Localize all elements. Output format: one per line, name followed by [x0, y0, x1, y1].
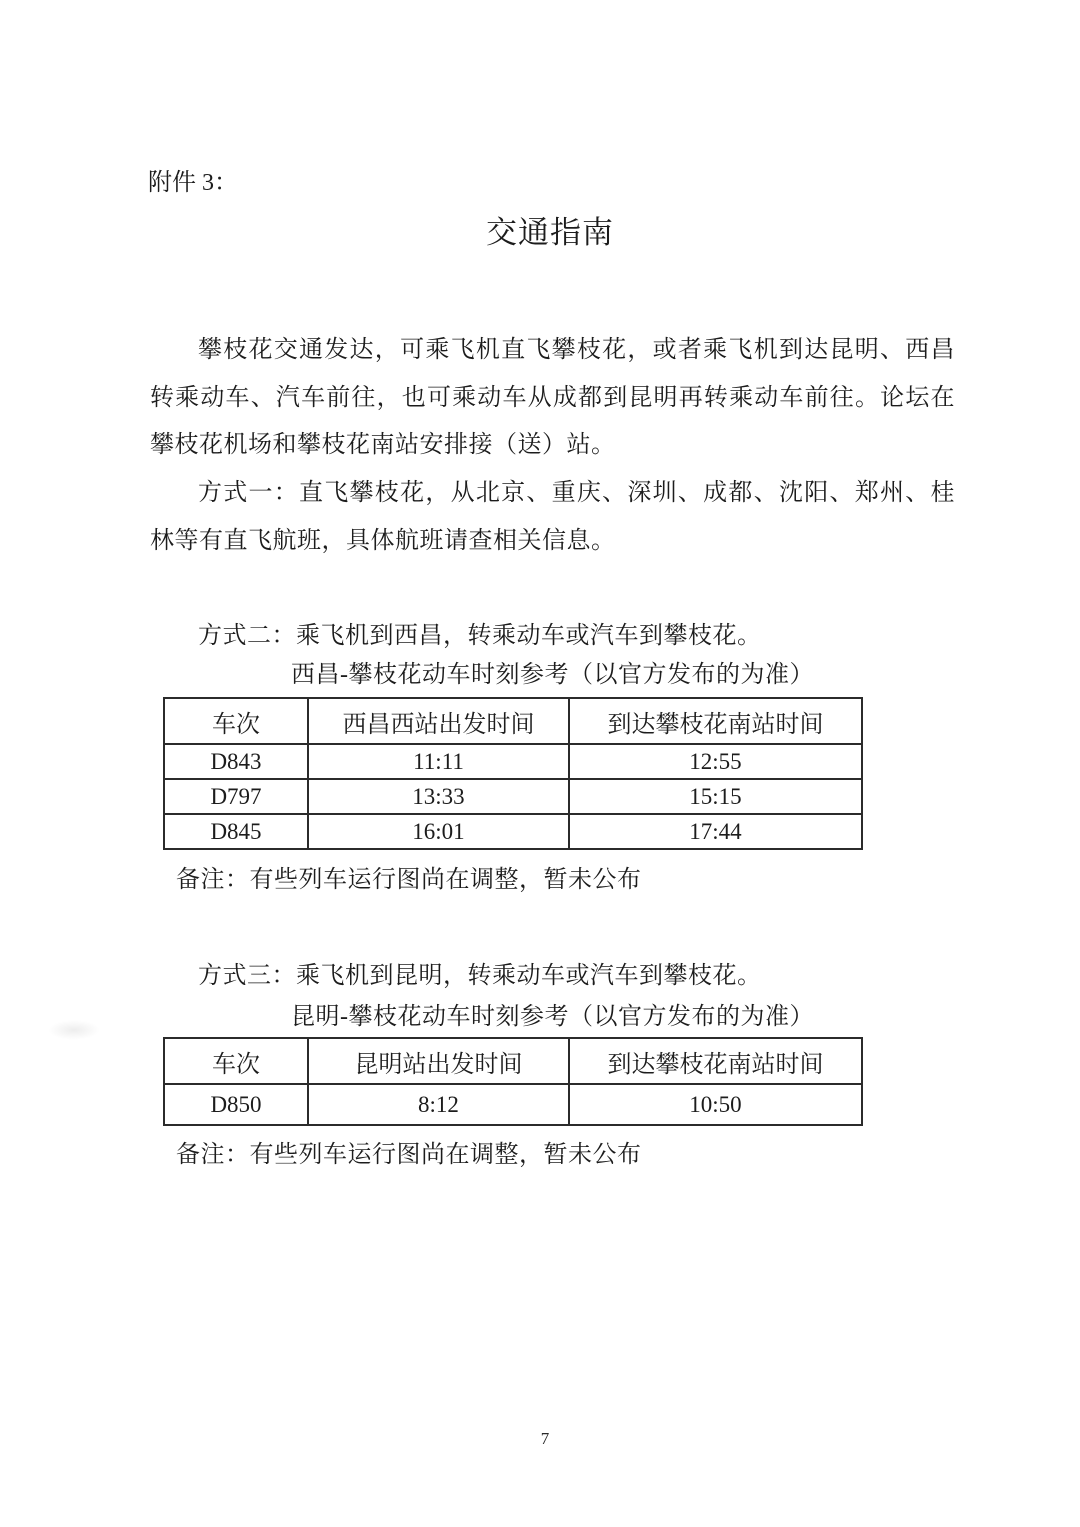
departure-time-cell: 13:33 [308, 779, 569, 814]
departure-time-cell: 11:11 [308, 744, 569, 779]
table-header-row: 车次 昆明站出发时间 到达攀枝花南站时间 [164, 1038, 862, 1084]
column-header-departure: 西昌西站出发时间 [308, 698, 569, 744]
xichang-table-note: 备注：有些列车运行图尚在调整，暂未公布 [176, 864, 642, 896]
table-row: D797 13:33 15:15 [164, 779, 862, 814]
xichang-table-caption: 西昌-攀枝花动车时刻参考（以官方发布的为准） [150, 658, 955, 692]
column-header-train-no: 车次 [164, 1038, 308, 1084]
arrival-time-cell: 17:44 [569, 814, 862, 849]
departure-time-cell: 8:12 [308, 1084, 569, 1125]
table-header-row: 车次 西昌西站出发时间 到达攀枝花南站时间 [164, 698, 862, 744]
arrival-time-cell: 12:55 [569, 744, 862, 779]
kunming-panzhihua-timetable: 车次 昆明站出发时间 到达攀枝花南站时间 D850 8:12 10:50 [163, 1037, 863, 1126]
table-row: D845 16:01 17:44 [164, 814, 862, 849]
column-header-train-no: 车次 [164, 698, 308, 744]
table-row: D850 8:12 10:50 [164, 1084, 862, 1125]
column-header-arrival: 到达攀枝花南站时间 [569, 698, 862, 744]
method-2-paragraph: 方式二：乘飞机到西昌，转乘动车或汽车到攀枝花。 [150, 613, 955, 661]
table-row: D843 11:11 12:55 [164, 744, 862, 779]
train-no-cell: D843 [164, 744, 308, 779]
page-number: 7 [0, 1428, 1080, 1450]
method-1-paragraph: 方式一：直飞攀枝花，从北京、重庆、深圳、成都、沈阳、郑州、桂林等有直飞航班，具体… [150, 470, 955, 565]
attachment-label: 附件 3： [148, 168, 238, 198]
departure-time-cell: 16:01 [308, 814, 569, 849]
page-title: 交通指南 [10, 212, 1080, 254]
arrival-time-cell: 10:50 [569, 1084, 862, 1125]
column-header-arrival: 到达攀枝花南站时间 [569, 1038, 862, 1084]
method-3-paragraph: 方式三：乘飞机到昆明，转乘动车或汽车到攀枝花。 [150, 953, 955, 1001]
kunming-table-caption: 昆明-攀枝花动车时刻参考（以官方发布的为准） [150, 1000, 955, 1034]
scan-artifact [48, 1020, 100, 1040]
intro-paragraph: 攀枝花交通发达，可乘飞机直飞攀枝花，或者乘飞机到达昆明、西昌转乘动车、汽车前往，… [150, 327, 955, 470]
xichang-panzhihua-timetable: 车次 西昌西站出发时间 到达攀枝花南站时间 D843 11:11 12:55 D… [163, 697, 863, 850]
train-no-cell: D797 [164, 779, 308, 814]
document-page: 附件 3： 交通指南 攀枝花交通发达，可乘飞机直飞攀枝花，或者乘飞机到达昆明、西… [0, 0, 1080, 1527]
arrival-time-cell: 15:15 [569, 779, 862, 814]
train-no-cell: D850 [164, 1084, 308, 1125]
train-no-cell: D845 [164, 814, 308, 849]
kunming-table-note: 备注：有些列车运行图尚在调整，暂未公布 [176, 1139, 642, 1171]
column-header-departure: 昆明站出发时间 [308, 1038, 569, 1084]
